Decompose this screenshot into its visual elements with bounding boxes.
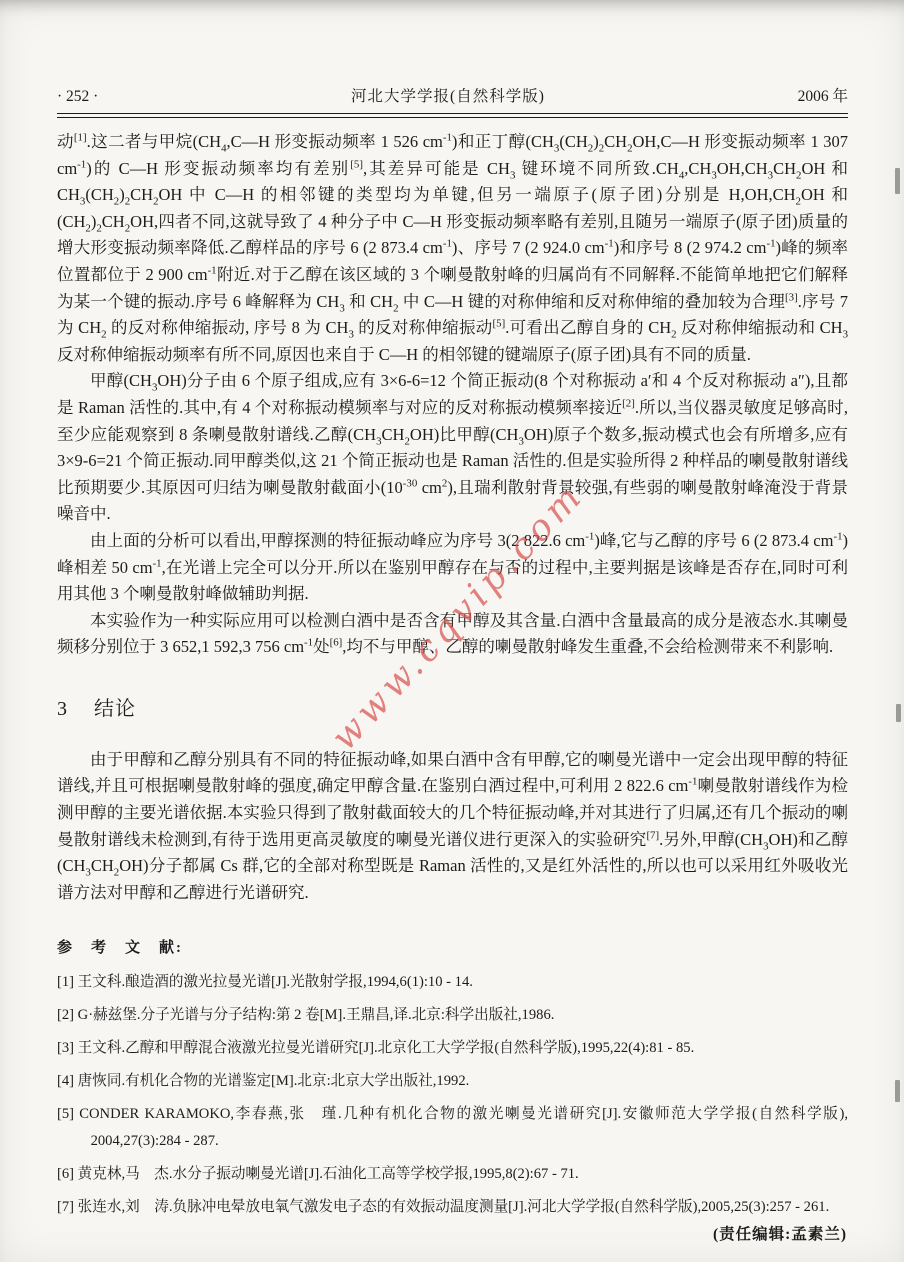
paragraph-continuation: 动[1].这二者与甲烷(CH4,C—H 形变振动频率 1 526 cm-1)和正… [57,129,848,368]
page-number: · 252 · [57,88,98,106]
references-list: [1] 王文科.酿造酒的激光拉曼光谱[J].光散射学报,1994,6(1):10… [57,969,848,1221]
reference-item-3: [3] 王文科.乙醇和甲醇混合液激光拉曼光谱研究[J].北京化工大学学报(自然科… [57,1035,848,1062]
reference-item-4: [4] 唐恢同.有机化合物的光谱鉴定[M].北京:北京大学出版社,1992. [57,1068,848,1095]
scan-artifact [895,168,900,194]
reference-item-6: [6] 黄克林,马 杰.水分子振动喇曼光谱[J].石油化工高等学校学报,1995… [57,1161,848,1188]
header-year: 2006 年 [798,84,848,106]
section-number: 3 [57,698,68,721]
body-text: 动[1].这二者与甲烷(CH4,C—H 形变振动频率 1 526 cm-1)和正… [57,129,848,661]
reference-item-1: [1] 王文科.酿造酒的激光拉曼光谱[J].光散射学报,1994,6(1):10… [57,969,848,996]
journal-page: · 252 · 河北大学学报(自然科学版) 2006 年 动[1].这二者与甲烷… [0,0,904,1262]
scan-artifact [895,1080,900,1102]
paragraph-detection-peak: 由上面的分析可以看出,甲醇探测的特征振动峰应为序号 3(2 822.6 cm-1… [57,528,848,608]
paragraph-methanol-modes: 甲醇(CH3OH)分子由 6 个原子组成,应有 3×6-6=12 个简正振动(8… [57,368,848,528]
reference-item-7: [7] 张连水,刘 涛.负脉冲电晕放电氧气激发电子态的有效振动温度测量[J].河… [57,1194,848,1221]
conclusion-body: 由于甲醇和乙醇分别具有不同的特征振动峰,如果白酒中含有甲醇,它的喇曼光谱中一定会… [57,747,848,907]
reference-item-2: [2] G·赫兹堡.分子光谱与分子结构:第 2 卷[M].王鼎昌,译.北京:科学… [57,1002,848,1029]
page-header: · 252 · 河北大学学报(自然科学版) 2006 年 [57,84,848,106]
scan-artifact [896,704,901,722]
paragraph-conclusion: 由于甲醇和乙醇分别具有不同的特征振动峰,如果白酒中含有甲醇,它的喇曼光谱中一定会… [57,747,848,907]
section-heading-conclusion: 3 结论 [57,692,848,721]
journal-title: 河北大学学报(自然科学版) [351,84,545,106]
header-double-rule [57,113,848,118]
page-content: · 252 · 河北大学学报(自然科学版) 2006 年 动[1].这二者与甲烷… [57,0,848,1227]
section-title: 结论 [94,692,136,721]
responsible-editor: (责任编辑:孟素兰) [713,1222,847,1244]
paragraph-liquor-application: 本实验作为一种实际应用可以检测白酒中是否含有甲醇及其含量.白酒中含量最高的成分是… [57,608,848,661]
references-heading: 参 考 文 献: [57,936,848,957]
reference-item-5: [5] CONDER KARAMOKO,李春燕,张 瑾.几种有机化合物的激光喇曼… [57,1101,848,1155]
